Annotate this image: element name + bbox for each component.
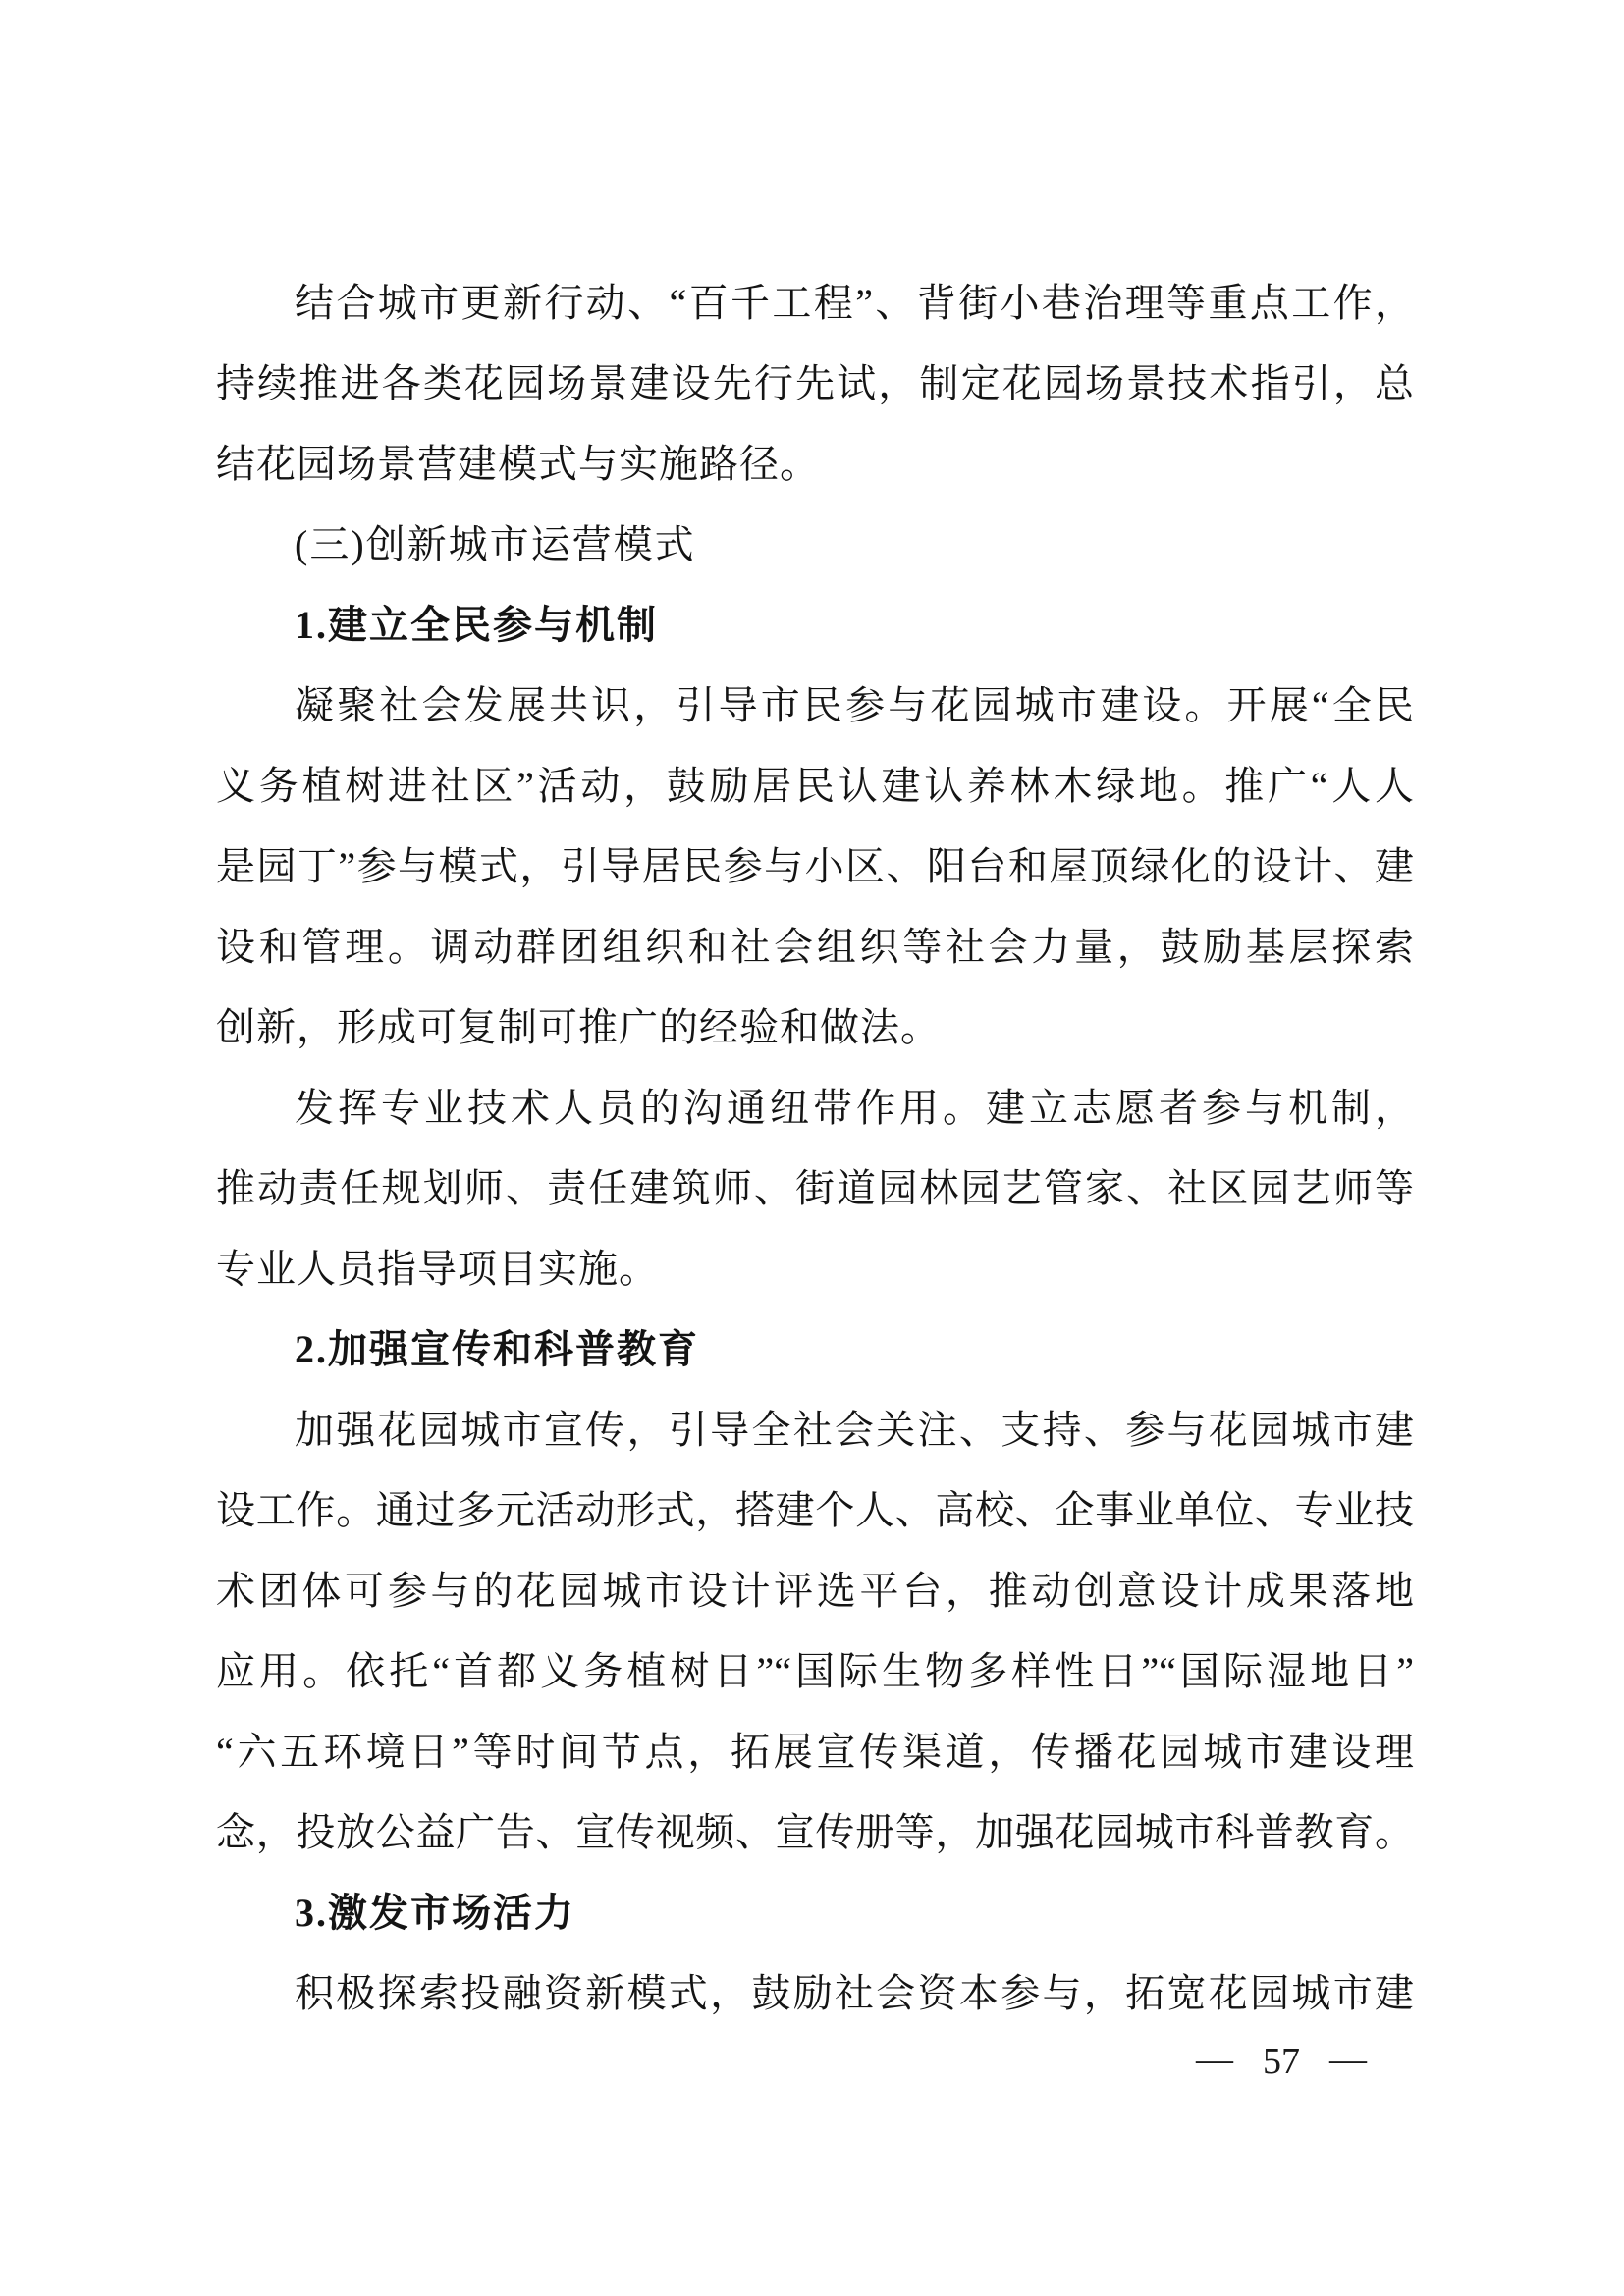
body-line: 积极探索投融资新模式，鼓励社会资本参与，拓宽花园城市建 [216, 1953, 1414, 2034]
body-line: 加强花园城市宣传，引导全社会关注、支持、参与花园城市建 [216, 1390, 1414, 1470]
footer-dash-right: — [1329, 2040, 1367, 2079]
body-line: 念，投放公益广告、宣传视频、宣传册等，加强花园城市科普教育。 [216, 1792, 1414, 1873]
body-line: “六五环境日”等时间节点，拓展宣传渠道，传播花园城市建设理 [216, 1712, 1414, 1792]
document-body: 结合城市更新行动、“百千工程”、背街小巷治理等重点工作，持续推进各类花园场景建设… [216, 263, 1414, 2034]
body-line: 发挥专业技术人员的沟通纽带作用。建立志愿者参与机制， [216, 1068, 1414, 1148]
body-line: 创新，形成可复制可推广的经验和做法。 [216, 988, 1414, 1068]
body-line: 结花园场景营建模式与实施路径。 [216, 424, 1414, 505]
body-line: 设工作。通过多元活动形式，搭建个人、高校、企事业单位、专业技 [216, 1470, 1414, 1551]
body-line: 义务植树进社区”活动，鼓励居民认建认养林木绿地。推广“人人 [216, 746, 1414, 827]
page-number: 57 [1263, 2042, 1300, 2081]
heading-line: 3.激发市场活力 [216, 1873, 1414, 1953]
heading-line: 1.建立全民参与机制 [216, 585, 1414, 666]
body-line: 结合城市更新行动、“百千工程”、背街小巷治理等重点工作， [216, 263, 1414, 344]
body-line: 凝聚社会发展共识，引导市民参与花园城市建设。开展“全民 [216, 666, 1414, 746]
document-page: 结合城市更新行动、“百千工程”、背街小巷治理等重点工作，持续推进各类花园场景建设… [0, 0, 1624, 2296]
body-line: 专业人员指导项目实施。 [216, 1229, 1414, 1309]
footer-dash-left: — [1196, 2040, 1233, 2079]
heading-line: (三)创新城市运营模式 [216, 505, 1414, 585]
body-line: 设和管理。调动群团组织和社会组织等社会力量，鼓励基层探索 [216, 907, 1414, 988]
body-line: 术团体可参与的花园城市设计评选平台，推动创意设计成果落地 [216, 1551, 1414, 1631]
body-line: 应用。依托“首都义务植树日”“国际生物多样性日”“国际湿地日” [216, 1631, 1414, 1712]
body-line: 是园丁”参与模式，引导居民参与小区、阳台和屋顶绿化的设计、建 [216, 827, 1414, 907]
body-line: 持续推进各类花园场景建设先行先试，制定花园场景技术指引，总 [216, 344, 1414, 424]
heading-line: 2.加强宣传和科普教育 [216, 1309, 1414, 1390]
page-footer: — 57 — [1196, 2042, 1367, 2081]
body-line: 推动责任规划师、责任建筑师、街道园林园艺管家、社区园艺师等 [216, 1148, 1414, 1229]
